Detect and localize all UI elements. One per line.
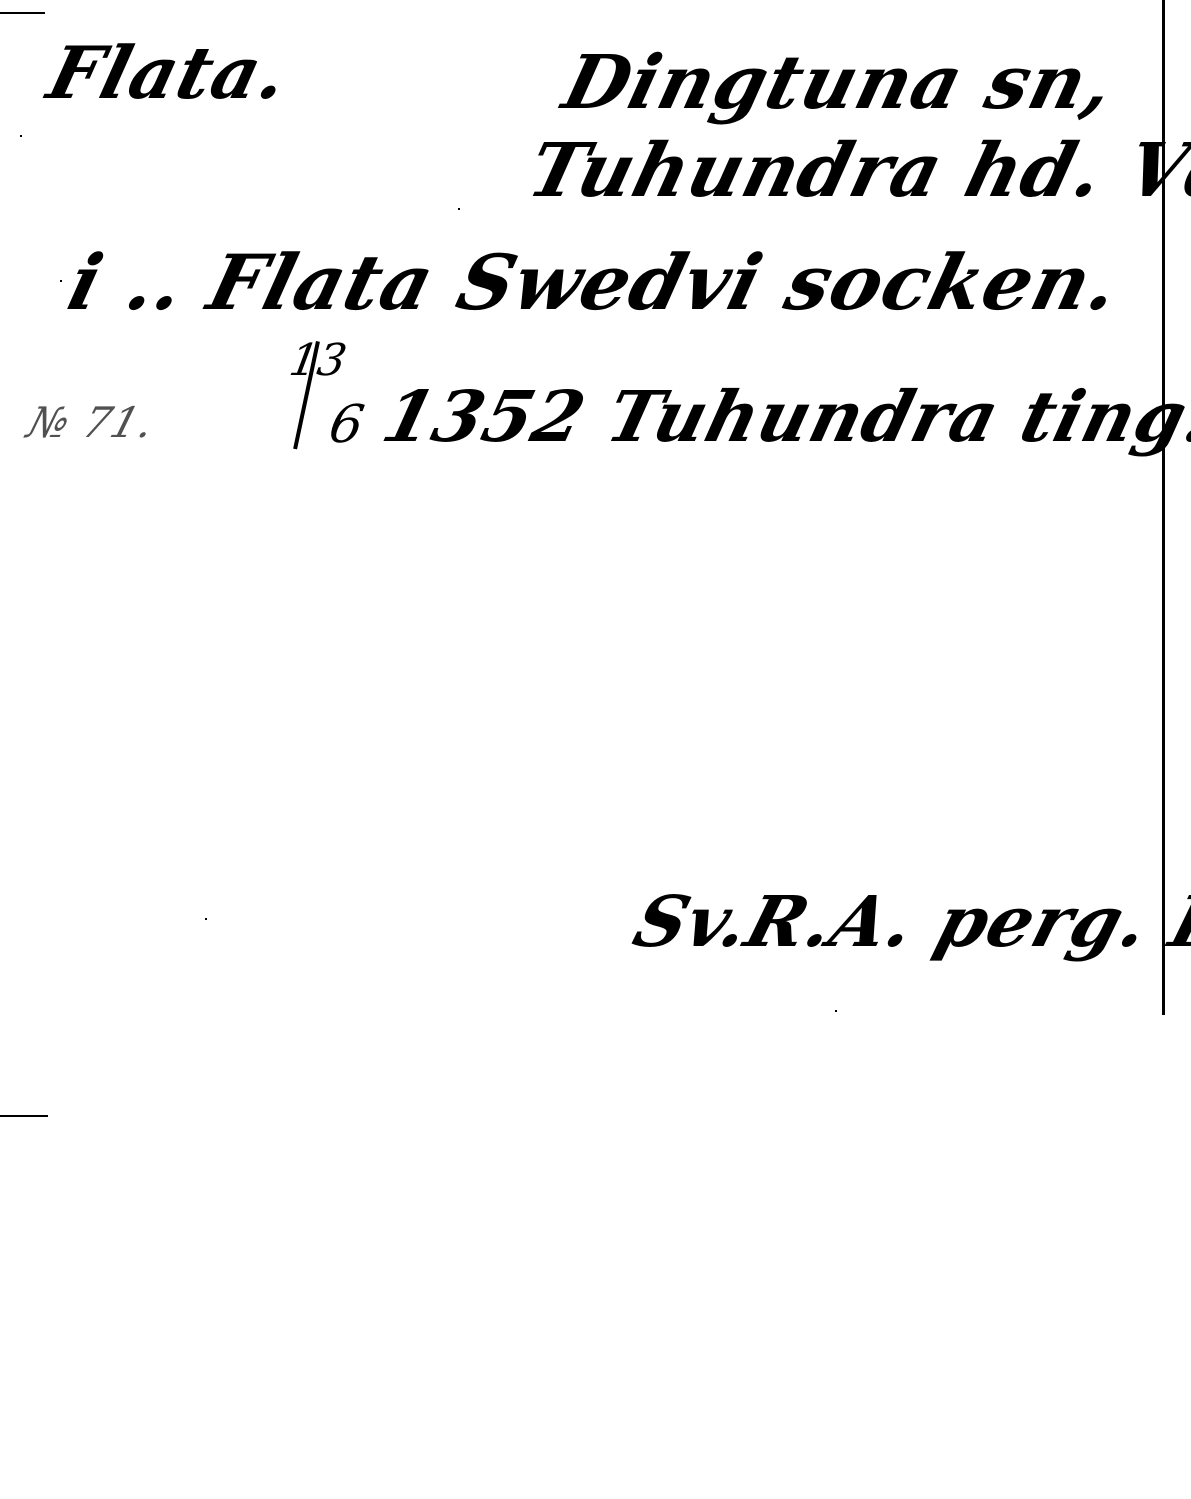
top-left-rule [0, 12, 45, 14]
scan-speck [458, 208, 460, 210]
place-line: i .. Flata Swedvi socken. [60, 238, 1129, 327]
date-line: 13 6 1352 Tuhundra ting. [290, 335, 1110, 475]
scan-speck [60, 280, 62, 282]
date-text: 1352 Tuhundra ting. [375, 375, 1191, 458]
scan-speck [20, 135, 22, 137]
location-line-1: Dingtuna sn, [555, 40, 1123, 126]
bottom-left-rule [0, 1115, 48, 1117]
signature: Sv.R.A. perg. I. [625, 880, 1191, 963]
location-line-2: Tuhundra hd. Vdt. [520, 128, 1191, 214]
margin-note: № 71. [22, 398, 161, 447]
scan-speck [835, 1010, 837, 1012]
index-card: Flata. Dingtuna sn, Tuhundra hd. Vdt. i … [0, 0, 1191, 1499]
scan-speck [205, 918, 207, 920]
header-word: Flata. [40, 30, 297, 115]
date-month: 6 [325, 395, 369, 455]
